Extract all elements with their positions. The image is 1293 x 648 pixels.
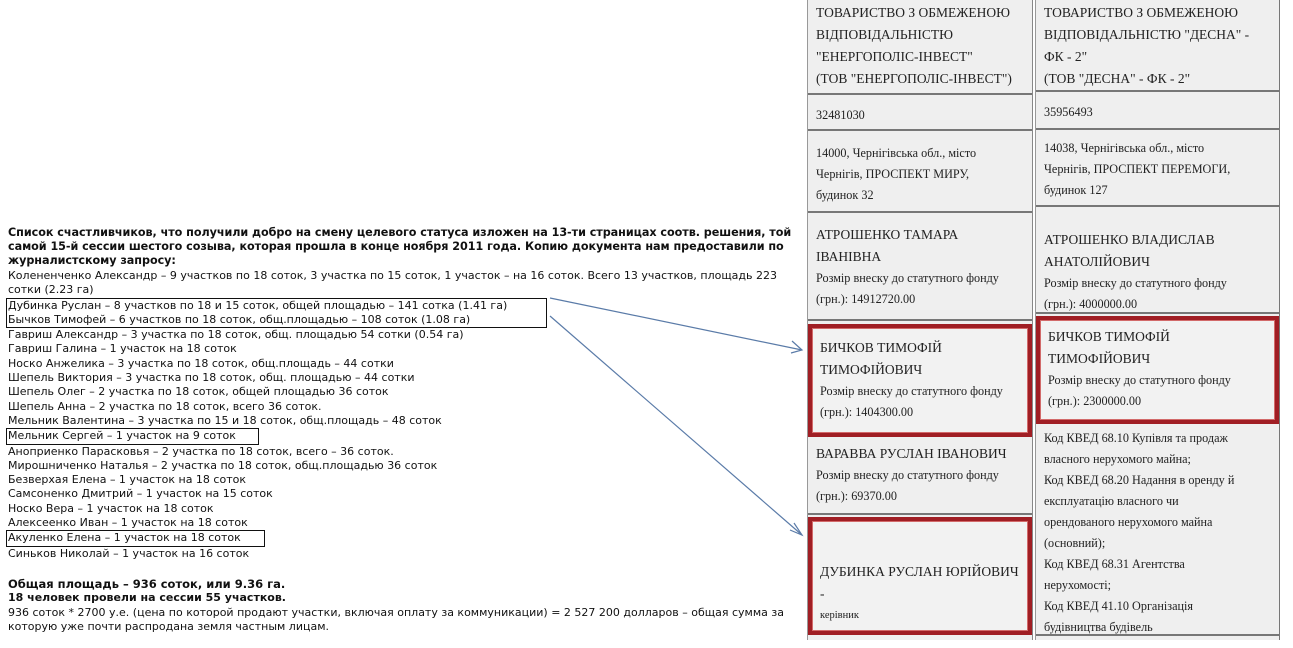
- activity-line: (основний);: [1044, 533, 1273, 554]
- list-item: Аноприенко Парасковья – 2 участка по 18 …: [8, 445, 808, 459]
- founder-name: АТРОШЕНКО ТАМАРА: [816, 224, 1026, 246]
- company-name-line: ТОВАРИСТВО З ОБМЕЖЕНОЮ: [816, 2, 1026, 24]
- contribution-label: Розмір внеску до статутного фонду: [816, 465, 1026, 486]
- activity-line: нерухомості;: [1044, 575, 1273, 596]
- contribution-value: (грн.): 4000000.00: [1044, 294, 1273, 315]
- list-item: Шепель Анна – 2 участка по 18 соток, все…: [8, 400, 808, 414]
- list-item: Мирошниченко Наталья – 2 участка по 18 с…: [8, 459, 808, 473]
- list-item: Гавриш Галина – 1 участок на 18 соток: [8, 342, 808, 356]
- registry-table: ТОВАРИСТВО З ОБМЕЖЕНОЮ ВІДПОВІДАЛЬНІСТЮ …: [807, 0, 1283, 640]
- list-item-highlighted: Бычков Тимофей – 6 участков по 18 соток,…: [8, 313, 546, 327]
- founder-name: ТИМОФІЙОВИЧ: [820, 359, 1022, 381]
- activity-line: Код КВЕД 41.10 Організація: [1044, 596, 1273, 617]
- contribution-value: (грн.): 14912720.00: [816, 289, 1026, 310]
- company-name-line: ВІДПОВІДАЛЬНІСТЮ: [816, 24, 1026, 46]
- list-item: Носко Анжелика – 3 участка по 18 соток, …: [8, 357, 808, 371]
- company-code-cell: 32481030: [808, 97, 1032, 131]
- people-count: 18 человек провели на сессии 55 участков…: [8, 591, 808, 605]
- highlight-box-dubinka-bychkov: Дубинка Руслан – 8 участков по 18 и 15 с…: [6, 298, 547, 329]
- founder-name: БИЧКОВ ТИМОФІЙ: [1048, 326, 1269, 348]
- contribution-value: (грн.): 69370.00: [816, 486, 1026, 507]
- address-line: 14000, Чернігівська обл., місто: [816, 143, 1026, 164]
- list-item: Шепель Виктория – 3 участка по 18 соток,…: [8, 371, 808, 385]
- list-item: Носко Вера – 1 участок на 18 соток: [8, 502, 808, 516]
- activity-line: орендованого нерухомого майна: [1044, 512, 1273, 533]
- activity-line: Код КВЕД 68.20 Надання в оренду й: [1044, 470, 1273, 491]
- contribution-label: Розмір внеску до статутного фонду: [1048, 370, 1269, 391]
- total-area: Общая площадь – 936 соток, или 9.36 га.: [8, 577, 808, 591]
- founder-name: БИЧКОВ ТИМОФІЙ: [820, 337, 1022, 359]
- director-cell-highlighted: ДУБИНКА РУСЛАН ЮРІЙОВИЧ - керівник: [808, 517, 1032, 635]
- address-line: будинок 127: [1044, 180, 1273, 201]
- company-name-line: ВІДПОВІДАЛЬНІСТЮ "ДЕСНА" -: [1044, 24, 1273, 46]
- list-item: Шепель Олег – 2 участка по 18 соток, общ…: [8, 385, 808, 399]
- article-text: Список счастливчиков, что получили добро…: [8, 226, 808, 634]
- founder-name: ІВАНІВНА: [816, 246, 1026, 268]
- list-item-highlighted: Дубинка Руслан – 8 участков по 18 и 15 с…: [8, 299, 546, 313]
- founder-cell-highlighted: БИЧКОВ ТИМОФІЙ ТИМОФІЙОВИЧ Розмір внеску…: [1036, 316, 1279, 424]
- company-column-energopolis: ТОВАРИСТВО З ОБМЕЖЕНОЮ ВІДПОВІДАЛЬНІСТЮ …: [807, 0, 1033, 640]
- company-name-line: (ТОВ "ДЕСНА" - ФК - 2": [1044, 68, 1273, 90]
- company-code: 32481030: [816, 105, 1026, 126]
- company-code: 35956493: [1044, 102, 1273, 123]
- activity-line: Код КВЕД 68.10 Купівля та продаж: [1044, 428, 1273, 449]
- founder-name: АТРОШЕНКО ВЛАДИСЛАВ: [1044, 229, 1273, 251]
- founder-cell: АТРОШЕНКО ВЛАДИСЛАВ АНАТОЛІЙОВИЧ Розмір …: [1036, 209, 1279, 314]
- activities-cell: Код КВЕД 68.10 Купівля та продаж власног…: [1036, 426, 1279, 636]
- list-item: Самсоненко Дмитрий – 1 участок на 15 сот…: [8, 487, 808, 501]
- address-line: 14038, Чернігівська обл., місто: [1044, 138, 1273, 159]
- founder-name: ВАРАВВА РУСЛАН ІВАНОВИЧ: [816, 443, 1026, 465]
- company-name-line: ТОВАРИСТВО З ОБМЕЖЕНОЮ: [1044, 2, 1273, 24]
- director-role: керівник: [820, 605, 1022, 627]
- activity-line: експлуатацію власного чи: [1044, 491, 1273, 512]
- summary: Общая площадь – 936 соток, или 9.36 га. …: [8, 577, 808, 634]
- company-address-cell: 14000, Чернігівська обл., місто Чернігів…: [808, 133, 1032, 213]
- founder-name: ТИМОФІЙОВИЧ: [1048, 348, 1269, 370]
- list-item: Колененченко Александр – 9 участков по 1…: [8, 269, 798, 298]
- activity-line: Код КВЕД 68.31 Агентства: [1044, 554, 1273, 575]
- company-name-cell: ТОВАРИСТВО З ОБМЕЖЕНОЮ ВІДПОВІДАЛЬНІСТЮ …: [1036, 0, 1279, 92]
- address-line: будинок 32: [816, 185, 1026, 206]
- list-item: Безверхая Елена – 1 участок на 18 соток: [8, 473, 808, 487]
- founder-cell: АТРОШЕНКО ТАМАРА ІВАНІВНА Розмір внеску …: [808, 215, 1032, 321]
- contribution-label: Розмір внеску до статутного фонду: [820, 381, 1022, 402]
- list-item: Синьков Николай – 1 участок на 16 соток: [8, 547, 808, 561]
- company-name-line: "ЕНЕРГОПОЛІС-ІНВЕСТ": [816, 46, 1026, 68]
- list-item: Алексеенко Иван – 1 участок на 18 соток: [8, 516, 808, 530]
- contribution-label: Розмір внеску до статутного фонду: [1044, 273, 1273, 294]
- company-name-cell: ТОВАРИСТВО З ОБМЕЖЕНОЮ ВІДПОВІДАЛЬНІСТЮ …: [808, 0, 1032, 95]
- company-name-line: ФК - 2": [1044, 46, 1273, 68]
- address-line: Чернігів, ПРОСПЕКТ ПЕРЕМОГИ,: [1044, 159, 1273, 180]
- founder-cell: ВАРАВВА РУСЛАН ІВАНОВИЧ Розмір внеску до…: [808, 439, 1032, 515]
- list-item: Гавриш Александр – 3 участка по 18 соток…: [8, 328, 808, 342]
- calculation: 936 соток * 2700 у.е. (цена по которой п…: [8, 606, 798, 635]
- contribution-value: (грн.): 1404300.00: [820, 402, 1022, 423]
- director-name: ДУБИНКА РУСЛАН ЮРІЙОВИЧ -: [820, 561, 1022, 605]
- activity-line: власного нерухомого майна;: [1044, 449, 1273, 470]
- list-item-highlighted: Мельник Сергей – 1 участок на 9 соток: [6, 428, 259, 444]
- article-intro: Список счастливчиков, что получили добро…: [8, 226, 808, 268]
- contribution-label: Розмір внеску до статутного фонду: [816, 268, 1026, 289]
- company-address-cell: 14038, Чернігівська обл., місто Чернігів…: [1036, 132, 1279, 207]
- company-name-line: (ТОВ "ЕНЕРГОПОЛІС-ІНВЕСТ"): [816, 68, 1026, 90]
- list-item-highlighted: Акуленко Елена – 1 участок на 18 соток: [6, 530, 265, 546]
- activity-line: будівництва будівель: [1044, 617, 1273, 636]
- founder-cell-highlighted: БИЧКОВ ТИМОФІЙ ТИМОФІЙОВИЧ Розмір внеску…: [808, 324, 1032, 437]
- company-code-cell: 35956493: [1036, 94, 1279, 130]
- contribution-value: (грн.): 2300000.00: [1048, 391, 1269, 412]
- address-line: Чернігів, ПРОСПЕКТ МИРУ,: [816, 164, 1026, 185]
- list-item: Мельник Валентина – 3 участка по 15 и 18…: [8, 414, 808, 428]
- company-column-desna: ТОВАРИСТВО З ОБМЕЖЕНОЮ ВІДПОВІДАЛЬНІСТЮ …: [1035, 0, 1280, 640]
- founder-name: АНАТОЛІЙОВИЧ: [1044, 251, 1273, 273]
